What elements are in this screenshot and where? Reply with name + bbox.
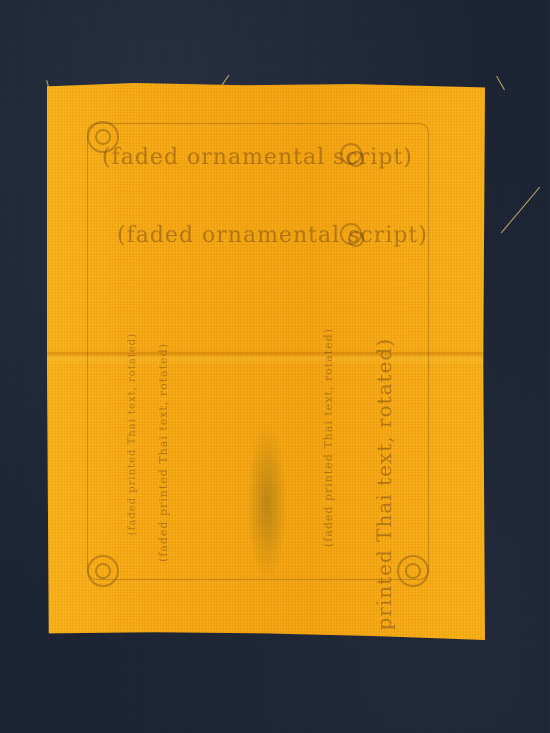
spiral-ornament-icon	[397, 555, 429, 587]
loose-thread	[496, 76, 505, 90]
vertical-text-lines: (faded printed Thai text, rotated)	[157, 343, 170, 562]
top-script-row: (faded ornamental script)	[102, 145, 413, 170]
loose-thread	[222, 75, 230, 85]
photo-scene: (faded ornamental script) (faded ornamen…	[0, 0, 550, 733]
vertical-text-lines: (faded printed Thai text, rotated)	[127, 333, 138, 535]
vertical-text-lines: (faded printed Thai text, rotated)	[322, 328, 335, 547]
top-script-row: (faded ornamental script)	[117, 223, 428, 248]
loose-thread	[501, 187, 540, 234]
spiral-ornament-icon	[87, 555, 119, 587]
vertical-title: (faded printed Thai text, rotated)	[372, 338, 396, 708]
faint-printed-figure	[247, 423, 287, 583]
saffron-cloth: (faded ornamental script) (faded ornamen…	[47, 83, 485, 640]
